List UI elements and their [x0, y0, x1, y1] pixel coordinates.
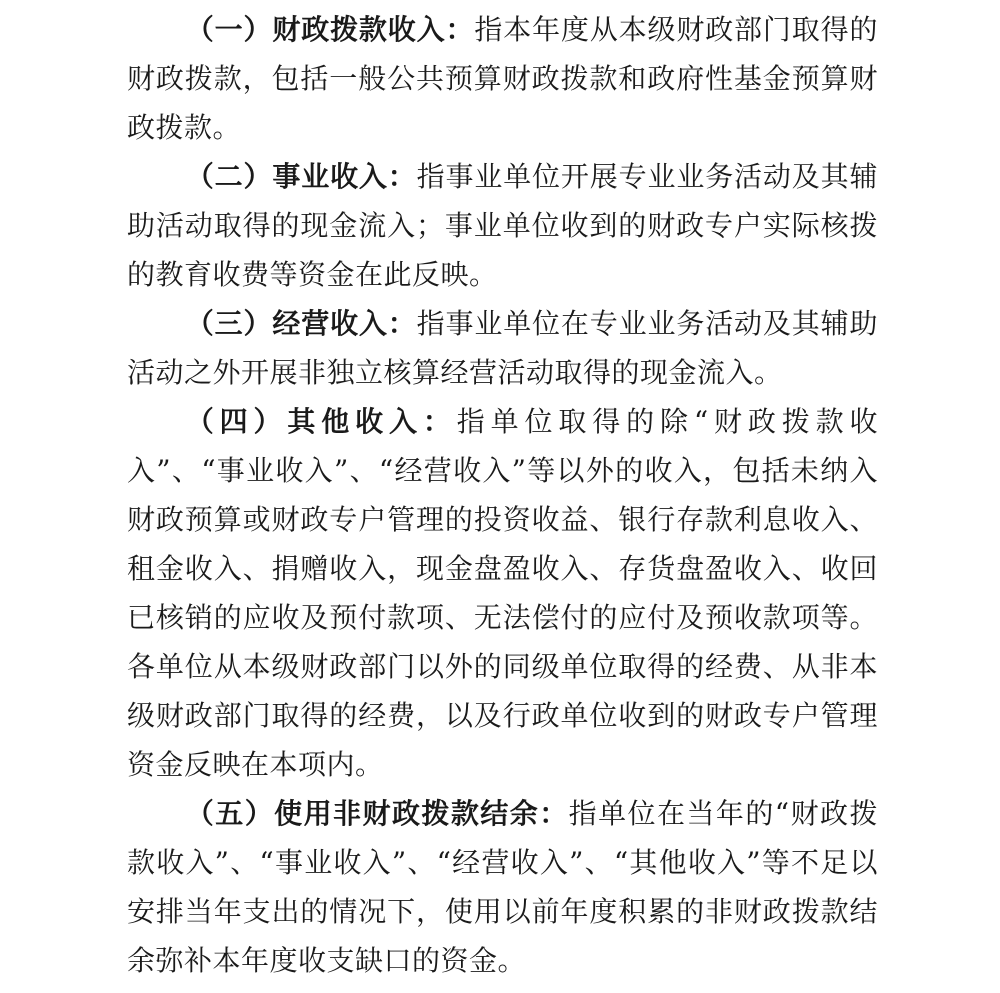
paragraph: （一）财政拨款收入：指本年度从本级财政部门取得的财政拨款，包括一般公共预算财政拨… — [127, 5, 878, 152]
paragraph-heading: （五）使用非财政拨款结余： — [186, 797, 569, 830]
paragraph: （四）其他收入：指单位取得的除“财政拨款收入”、“事业收入”、“经营收入”等以外… — [127, 397, 878, 789]
paragraph: （三）经营收入：指事业单位在专业业务活动及其辅助活动之外开展非独立核算经营活动取… — [127, 299, 878, 397]
paragraph-heading: （四）其他收入： — [186, 405, 457, 438]
paragraph-heading: （二）事业收入： — [186, 160, 417, 193]
paragraph: （五）使用非财政拨款结余：指单位在当年的“财政拨款收入”、“事业收入”、“经营收… — [127, 789, 878, 985]
paragraph: （二）事业收入：指事业单位开展专业业务活动及其辅助活动取得的现金流入；事业单位收… — [127, 152, 878, 299]
paragraph-body: 指单位取得的除“财政拨款收入”、“事业收入”、“经营收入”等以外的收入，包括未纳… — [127, 405, 878, 781]
document-page: （一）财政拨款收入：指本年度从本级财政部门取得的财政拨款，包括一般公共预算财政拨… — [0, 0, 1000, 993]
paragraph-heading: （一）财政拨款收入： — [186, 13, 475, 46]
paragraph-heading: （三）经营收入： — [186, 307, 417, 340]
